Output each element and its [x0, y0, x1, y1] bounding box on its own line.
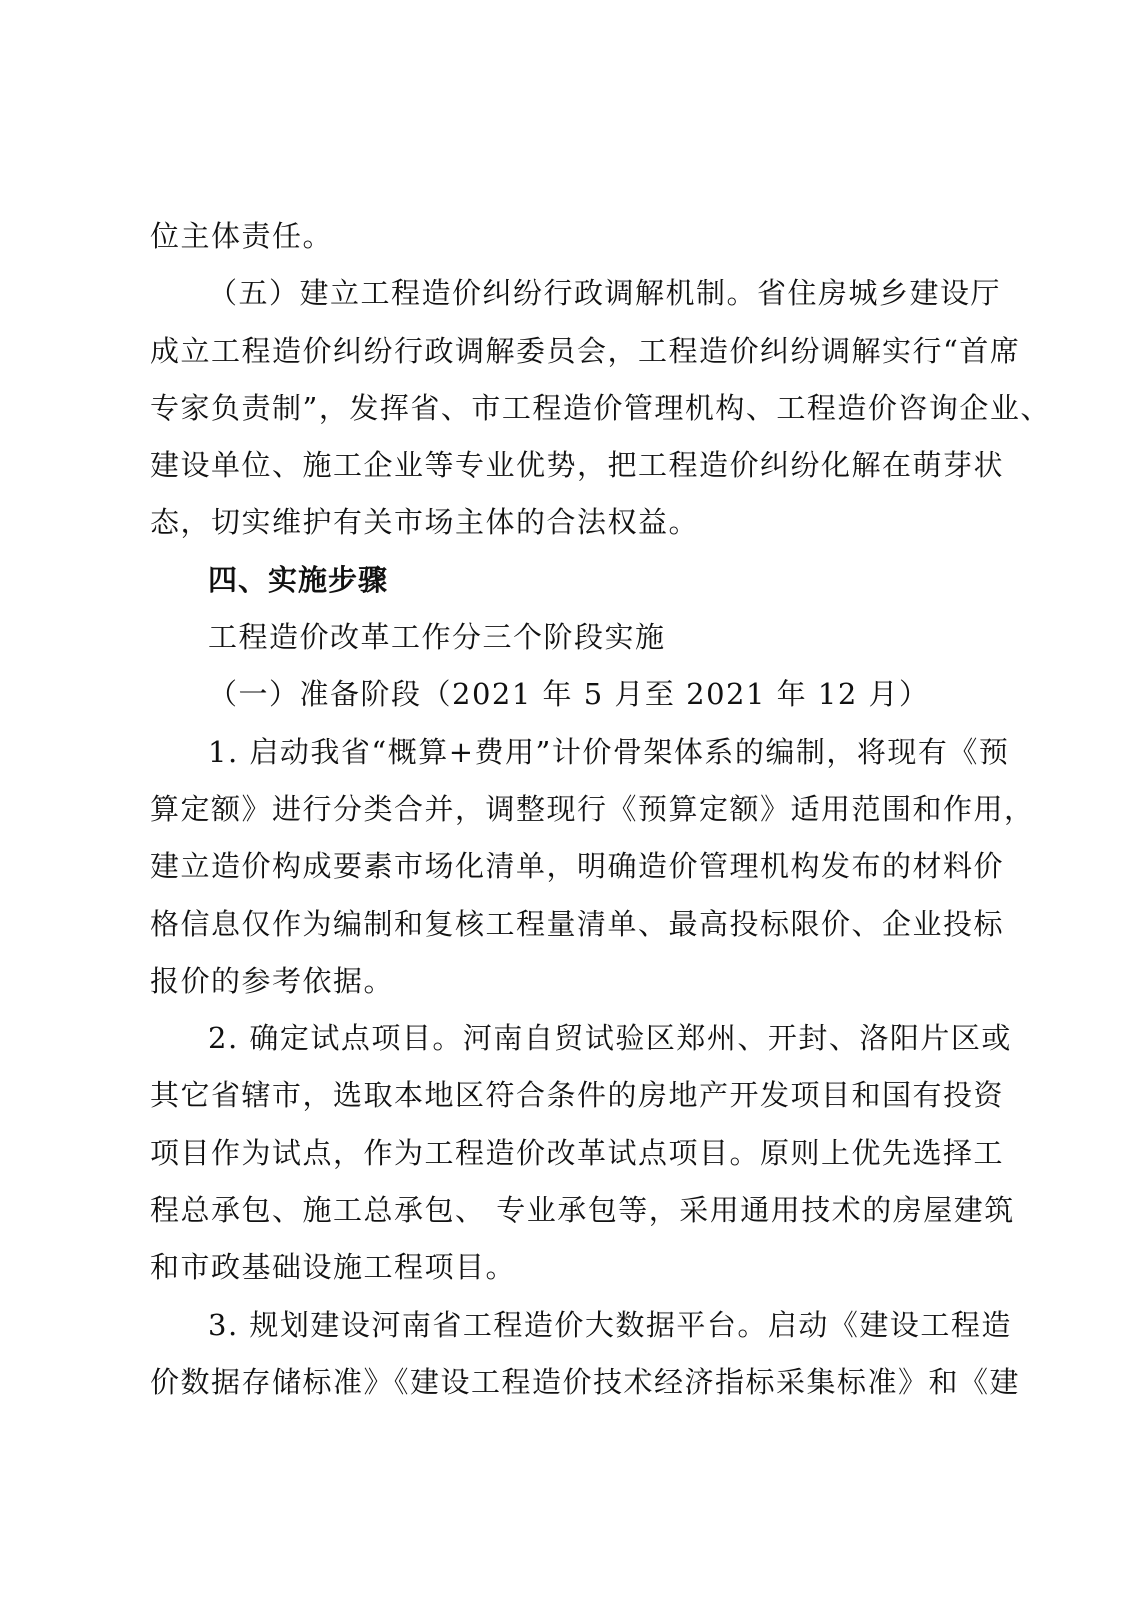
- item-1-line-3: 建立造价构成要素市场化清单，明确造价管理机构发布的材料价: [150, 838, 958, 895]
- item-2-line-2: 其它省辖市，选取本地区符合条件的房地产开发项目和国有投资: [150, 1067, 958, 1124]
- item-3-line-2: 价数据存储标准》《建设工程造价技术经济指标采集标准》和《建: [150, 1354, 958, 1411]
- item-1-line-4: 格信息仅作为编制和复核工程量清单、最高投标限价、企业投标: [150, 896, 958, 953]
- body-line-5: 建设单位、施工企业等专业优势，把工程造价纠纷化解在萌芽状: [150, 437, 958, 494]
- body-line-8: 工程造价改革工作分三个阶段实施: [150, 609, 958, 666]
- body-line-4: 专家负责制”，发挥省、市工程造价管理机构、工程造价咨询企业、: [150, 380, 958, 437]
- section-heading-implementation-steps: 四、实施步骤: [150, 552, 958, 609]
- body-line-3: 成立工程造价纠纷行政调解委员会，工程造价纠纷调解实行“首席: [150, 323, 958, 380]
- item-1-line-2: 算定额》进行分类合并，调整现行《预算定额》适用范围和作用，: [150, 781, 958, 838]
- subsection-1-preparation-stage: （一）准备阶段（2021 年 5 月至 2021 年 12 月）: [150, 666, 958, 723]
- item-2-line-4: 程总承包、施工总承包、 专业承包等，采用通用技术的房屋建筑: [150, 1182, 958, 1239]
- body-line-6: 态，切实维护有关市场主体的合法权益。: [150, 494, 958, 551]
- item-2-line-3: 项目作为试点，作为工程造价改革试点项目。原则上优先选择工: [150, 1125, 958, 1182]
- document-page: 位主体责任。 （五）建立工程造价纠纷行政调解机制。省住房城乡建设厅 成立工程造价…: [150, 208, 958, 1411]
- subsection-5-title: （五）建立工程造价纠纷行政调解机制。省住房城乡建设厅: [150, 265, 958, 322]
- body-line-1: 位主体责任。: [150, 208, 958, 265]
- item-3-line-1: 3. 规划建设河南省工程造价大数据平台。启动《建设工程造: [150, 1297, 958, 1354]
- item-1-line-5: 报价的参考依据。: [150, 953, 958, 1010]
- item-2-line-5: 和市政基础设施工程项目。: [150, 1239, 958, 1296]
- item-1-line-1: 1. 启动我省“概算+费用”计价骨架体系的编制，将现有《预: [150, 724, 958, 781]
- item-2-line-1: 2. 确定试点项目。河南自贸试验区郑州、开封、洛阳片区或: [150, 1010, 958, 1067]
